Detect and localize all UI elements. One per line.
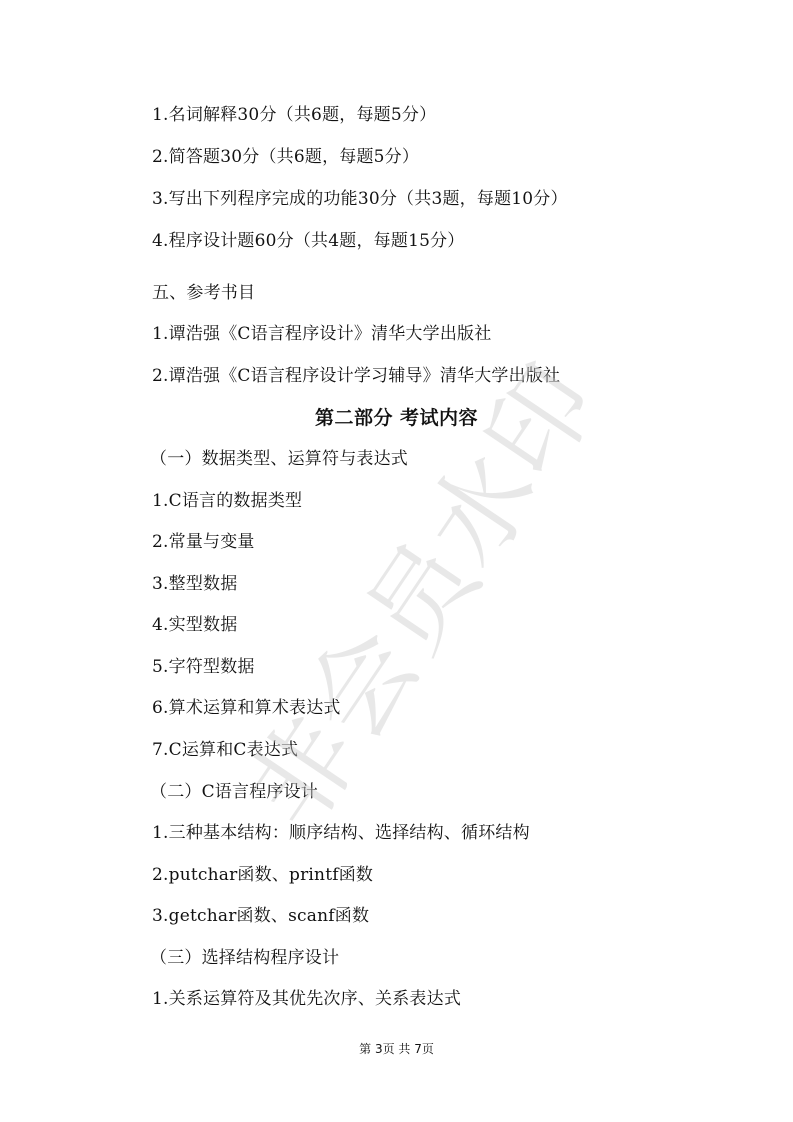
- section-3-heading: （三）选择结构程序设计: [150, 947, 339, 969]
- page-number-footer: 第 3页 共 7页: [0, 1041, 793, 1057]
- section-1-item-1: 1.C语言的数据类型: [152, 490, 302, 512]
- reference-item-2: 2.谭浩强《C语言程序设计学习辅导》清华大学出版社: [152, 365, 560, 387]
- section-3-item-1: 1.关系运算符及其优先次序、关系表达式: [152, 988, 461, 1010]
- section-1-heading: （一）数据类型、运算符与表达式: [150, 448, 408, 470]
- part-two-title: 第二部分 考试内容: [0, 406, 793, 430]
- section-1-item-7: 7.C运算和C表达式: [152, 739, 298, 761]
- section-1-item-2: 2.常量与变量: [152, 531, 255, 553]
- exam-format-item-2: 2.简答题30分（共6题，每题5分）: [152, 146, 419, 168]
- exam-format-item-4: 4.程序设计题60分（共4题，每题15分）: [152, 230, 465, 252]
- section-2-item-2: 2.putchar函数、printf函数: [152, 864, 373, 886]
- reference-item-1: 1.谭浩强《C语言程序设计》清华大学出版社: [152, 323, 491, 345]
- section-2-item-1: 1.三种基本结构：顺序结构、选择结构、循环结构: [152, 822, 530, 844]
- references-heading: 五、参考书目: [152, 282, 255, 304]
- section-2-heading: （二）C语言程序设计: [150, 781, 318, 803]
- section-1-item-6: 6.算术运算和算术表达式: [152, 697, 341, 719]
- exam-format-item-1: 1.名词解释30分（共6题，每题5分）: [152, 104, 436, 126]
- section-1-item-5: 5.字符型数据: [152, 656, 255, 678]
- document-page: 1.名词解释30分（共6题，每题5分） 2.简答题30分（共6题，每题5分） 3…: [0, 0, 793, 1122]
- section-1-item-3: 3.整型数据: [152, 573, 237, 595]
- section-2-item-3: 3.getchar函数、scanf函数: [152, 905, 369, 927]
- exam-format-item-3: 3.写出下列程序完成的功能30分（共3题，每题10分）: [152, 188, 568, 210]
- section-1-item-4: 4.实型数据: [152, 614, 237, 636]
